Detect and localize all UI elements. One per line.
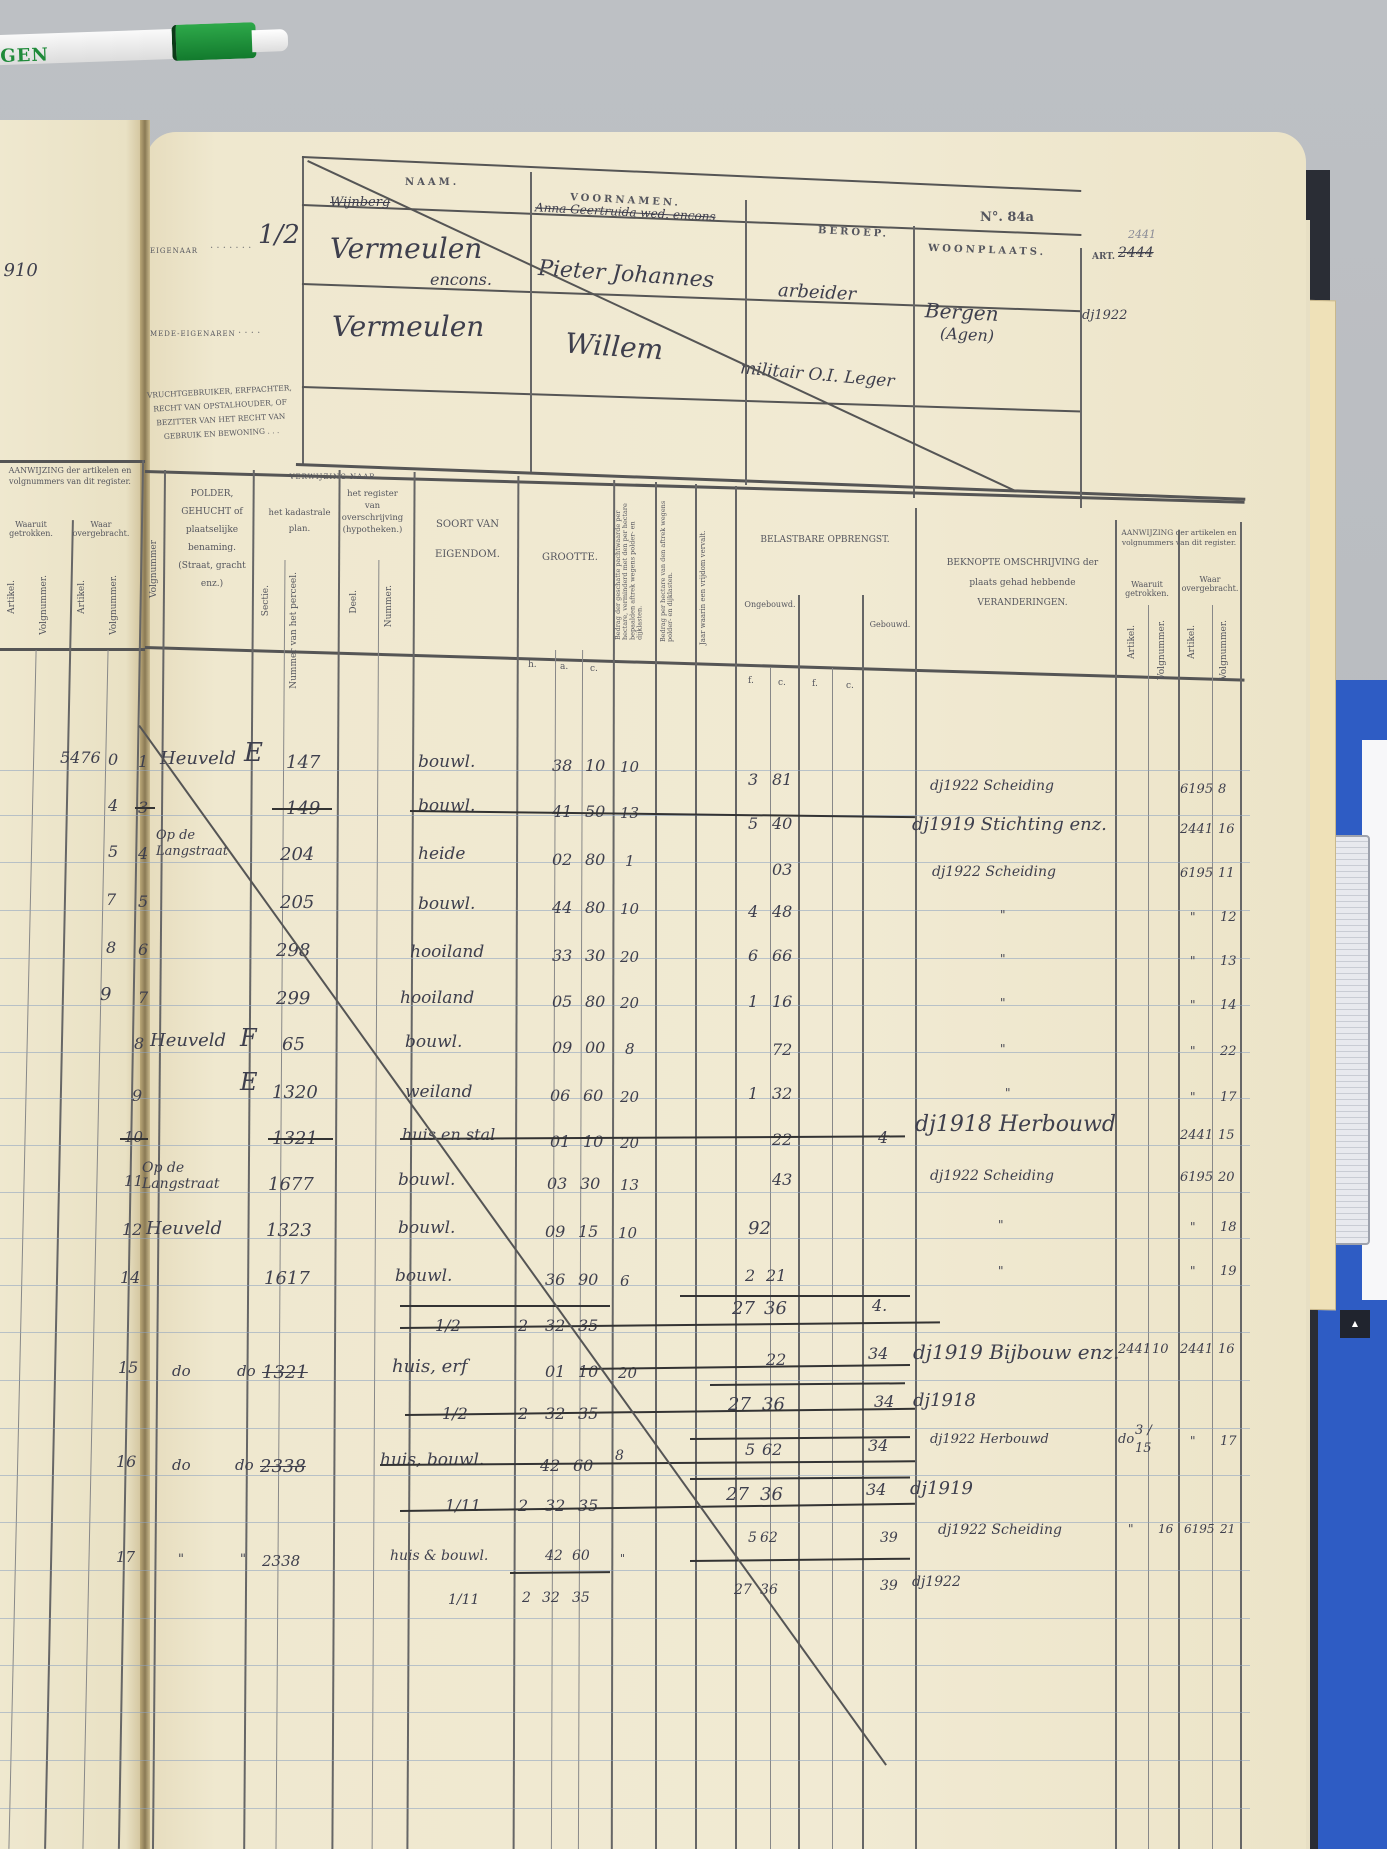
owner-naam-struck: Wijnberg <box>330 195 390 210</box>
left-artikel-16: Artikel. <box>8 580 18 614</box>
label-eigenaar: EIGENAAR <box>150 247 198 255</box>
left-aanwijzing-header: AANWIJZING der artikelen en volgnummers … <box>0 465 140 487</box>
left-volgnummer-19: Volgnummer. <box>110 575 120 635</box>
book-gutter <box>140 120 150 1849</box>
nummer-header: Nummer. <box>385 585 395 627</box>
col11-header: Jaar waarin een vrijdom vervalt. <box>700 495 722 645</box>
unit-a: a. <box>560 662 568 672</box>
unit-c-13: c. <box>846 681 854 691</box>
ongebouwd-header: Ongebouwd. <box>740 600 800 609</box>
deel-header: Deel. <box>350 590 360 614</box>
side-note: dj1922 <box>1082 308 1127 323</box>
art-value-struck: 2444 <box>1118 245 1154 261</box>
verwijzing-header: VERWIJZING NAAR <box>255 473 410 481</box>
unit-f-ongebouwd: f. <box>748 676 754 686</box>
owner-2-voornamen: Willem <box>564 327 664 367</box>
unit-h: h. <box>528 660 537 670</box>
volgnummer-header: Volgnummer <box>150 540 160 598</box>
left-waar-header: Waar overgebracht. <box>66 520 136 538</box>
owner-1-woonplaats-sub: (Agen) <box>940 324 995 346</box>
art-value-new: 2441 <box>1128 228 1156 241</box>
owner-1-woonplaats: Bergen <box>924 298 999 326</box>
unit-c: c. <box>590 664 598 674</box>
header-naam: NAAM. <box>405 177 459 188</box>
folder-logo-icon: ▲ <box>1340 1310 1370 1338</box>
right-waaruit-header: Waaruit getrokken. <box>1118 580 1176 598</box>
owner-2-naam: Vermeulen <box>332 310 484 343</box>
col10-header: Bedrag per hectare van den aftrek wegens… <box>660 492 692 642</box>
owner-1-naam: Vermeulen <box>330 232 482 265</box>
pen-grip <box>171 22 256 61</box>
label-vruchtgebruiker: VRUCHTGEBRUIKER, ERFPACHTER, RECHT VAN O… <box>147 381 295 445</box>
pen-tip <box>252 29 289 52</box>
grootte-header: GROOTTE. <box>520 552 620 563</box>
right-volgnummer-17: Volgnummer. <box>1158 620 1168 680</box>
right-waar-header: Waar overgebracht. <box>1180 575 1240 593</box>
unit-c-ongebouwd: c. <box>778 678 786 688</box>
page-number: N°. 84a <box>980 210 1034 225</box>
nummer-perceel-header: Nummer van het perceel. <box>290 572 320 689</box>
right-artikel-18: Artikel. <box>1188 625 1198 659</box>
polder-header: POLDER, GEHUCHT of plaatselijke benaming… <box>172 485 252 593</box>
pen-logo: GEN <box>0 44 49 67</box>
pen: GEN <box>0 17 301 72</box>
sectie-header: Sectie. <box>262 585 272 616</box>
share-fraction: 1/2 <box>258 220 300 250</box>
right-artikel-16: Artikel. <box>1128 625 1138 659</box>
belastbare-header: BELASTBARE OPBRENGST. <box>750 528 900 552</box>
folder-label <box>1330 835 1370 1245</box>
left-waaruit-header: Waaruit getrokken. <box>0 520 62 538</box>
register-header: het register van overschrijving (hypothe… <box>340 488 405 536</box>
gebouwd-header: Gebouwd. <box>865 620 915 629</box>
photo-scene: GEN ▲ 1910 EIGENAAR . . . . . . . 1/2 ME… <box>0 0 1387 1849</box>
owner-1-beroep: arbeider <box>778 280 857 305</box>
label-mede-eigenaren: MEDE-EIGENAREN <box>150 330 236 338</box>
soort-header: SOORT VAN EIGENDOM. <box>420 510 515 570</box>
left-page: 1910 <box>0 120 148 1849</box>
register-page <box>146 132 1306 1849</box>
kadastrale-header: het kadastrale plan. <box>262 505 337 537</box>
left-page-note: 1910 <box>0 260 38 281</box>
art-label: ART. <box>1092 252 1115 262</box>
right-volgnummer-19: Volgnummer. <box>1220 620 1230 680</box>
unit-f-13: f. <box>812 679 818 689</box>
left-artikel-18: Artikel. <box>78 580 88 614</box>
pen-barrel: GEN <box>0 29 181 66</box>
col9-header: Bedrag der geschatte pachtwaarde per hec… <box>615 490 655 640</box>
left-volgnummer-17: Volgnummer. <box>40 575 50 635</box>
beknopte-header: BEKNOPTE OMSCHRIJVING der plaats gehad h… <box>935 553 1110 613</box>
owner-1-naam-suffix: encons. <box>430 270 492 289</box>
